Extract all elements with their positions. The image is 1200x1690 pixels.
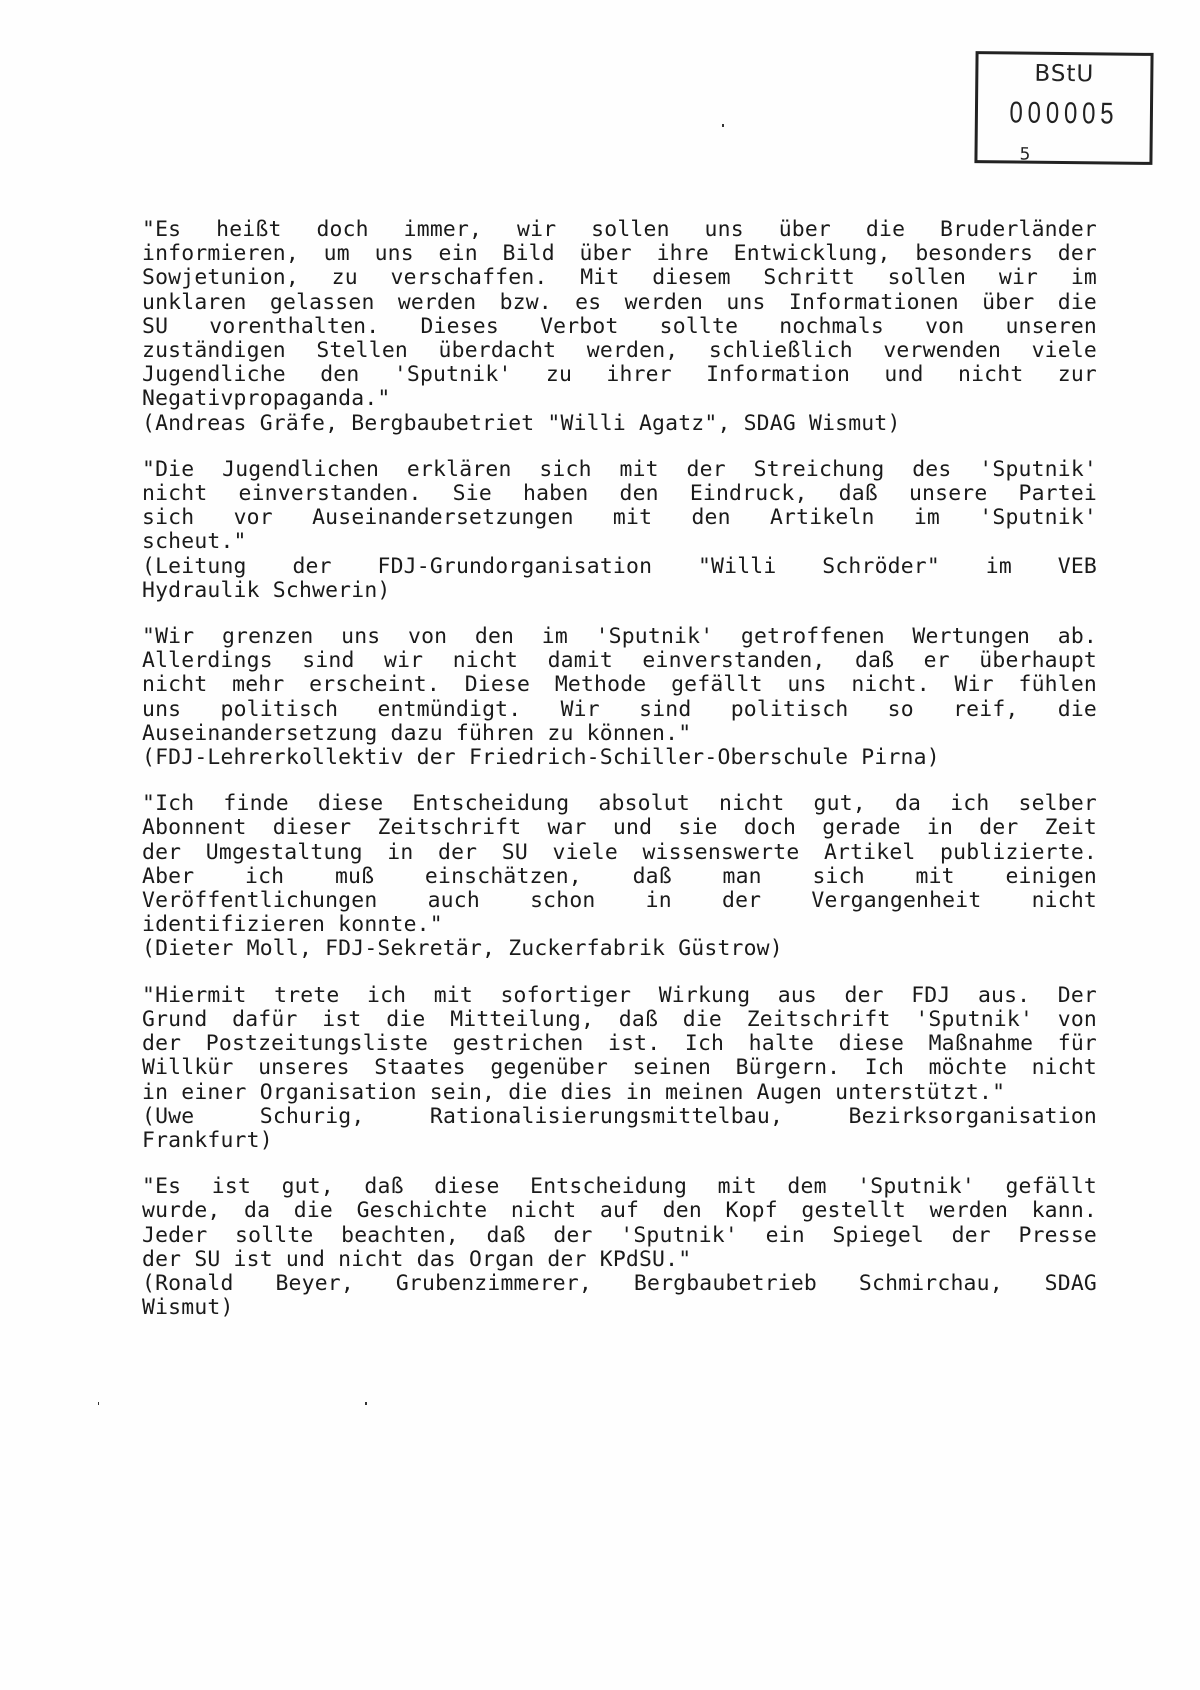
source-line: Frankfurt) (142, 1129, 1097, 1153)
quote-line: unklaren gelassen werden bzw. es werden … (142, 291, 1097, 315)
quote-line: uns politisch entmündigt. Wir sind polit… (142, 698, 1097, 722)
quote-block: "Es ist gut, daß diese Entscheidung mit … (142, 1175, 1097, 1320)
source-line: Wismut) (142, 1296, 1097, 1320)
quote-source: (Leitung der FDJ-Grundorganisation "Will… (142, 555, 1097, 603)
quote-line: scheut." (142, 530, 1097, 554)
quote-source: (Dieter Moll, FDJ-Sekretär, Zuckerfabrik… (142, 937, 1097, 961)
quote-line: in einer Organisation sein, die dies in … (142, 1081, 1097, 1105)
quote-line: "Ich finde diese Entscheidung absolut ni… (142, 792, 1097, 816)
quote-line: Allerdings sind wir nicht damit einverst… (142, 649, 1097, 673)
quote-line: nicht einverstanden. Sie haben den Eindr… (142, 482, 1097, 506)
quote-block: "Es heißt doch immer, wir sollen uns übe… (142, 218, 1097, 436)
quote-line: Jeder sollte beachten, daß der 'Sputnik'… (142, 1224, 1097, 1248)
quote-line: Abonnent dieser Zeitschrift war und sie … (142, 816, 1097, 840)
quote-line: Jugendliche den 'Sputnik' zu ihrer Infor… (142, 363, 1097, 387)
quote-source: (Ronald Beyer, Grubenzimmerer, Bergbaube… (142, 1272, 1097, 1320)
archive-stamp: BStU 000005 5 (974, 51, 1153, 165)
source-line: (Uwe Schurig, Rationalisierungsmittelbau… (142, 1105, 1097, 1129)
quote-text: "Es heißt doch immer, wir sollen uns übe… (142, 218, 1097, 412)
quote-line: wurde, da die Geschichte nicht auf den K… (142, 1199, 1097, 1223)
quote-line: sich vor Auseinandersetzungen mit den Ar… (142, 506, 1097, 530)
quote-line: Grund dafür ist die Mitteilung, daß die … (142, 1008, 1097, 1032)
quote-line: der Postzeitungsliste gestrichen ist. Ic… (142, 1032, 1097, 1056)
stamp-page-number: 5 (1019, 145, 1030, 165)
quote-line: "Wir grenzen uns von den im 'Sputnik' ge… (142, 625, 1097, 649)
quote-source: (Uwe Schurig, Rationalisierungsmittelbau… (142, 1105, 1097, 1153)
quote-text: "Wir grenzen uns von den im 'Sputnik' ge… (142, 625, 1097, 746)
quote-line: der Umgestaltung in der SU viele wissens… (142, 841, 1097, 865)
quote-block: "Die Jugendlichen erklären sich mit der … (142, 458, 1097, 603)
source-line: (Leitung der FDJ-Grundorganisation "Will… (142, 555, 1097, 579)
quote-text: "Hiermit trete ich mit sofortiger Wirkun… (142, 984, 1097, 1105)
quote-line: Negativpropaganda." (142, 387, 1097, 411)
source-line: (Ronald Beyer, Grubenzimmerer, Bergbaube… (142, 1272, 1097, 1296)
quote-line: SU vorenthalten. Dieses Verbot sollte no… (142, 315, 1097, 339)
quote-line: "Es heißt doch immer, wir sollen uns übe… (142, 218, 1097, 242)
quote-line: informieren, um uns ein Bild über ihre E… (142, 242, 1097, 266)
quote-line: zuständigen Stellen überdacht werden, sc… (142, 339, 1097, 363)
quote-line: Sowjetunion, zu verschaffen. Mit diesem … (142, 266, 1097, 290)
scan-speck (365, 1402, 367, 1405)
quote-line: Auseinandersetzung dazu führen zu können… (142, 722, 1097, 746)
quote-text: "Ich finde diese Entscheidung absolut ni… (142, 792, 1097, 937)
document-page: BStU 000005 5 "Es heißt doch immer, wir … (0, 0, 1200, 1690)
source-line: Hydraulik Schwerin) (142, 579, 1097, 603)
quote-line: "Es ist gut, daß diese Entscheidung mit … (142, 1175, 1097, 1199)
quote-block: "Wir grenzen uns von den im 'Sputnik' ge… (142, 625, 1097, 770)
document-body: "Es heißt doch immer, wir sollen uns übe… (142, 218, 1097, 1342)
quote-text: "Die Jugendlichen erklären sich mit der … (142, 458, 1097, 555)
scan-speck (98, 1402, 99, 1405)
quote-block: "Ich finde diese Entscheidung absolut ni… (142, 792, 1097, 961)
quote-line: "Hiermit trete ich mit sofortiger Wirkun… (142, 984, 1097, 1008)
scan-speck (722, 124, 724, 127)
quote-line: "Die Jugendlichen erklären sich mit der … (142, 458, 1097, 482)
source-line: (FDJ-Lehrerkollektiv der Friedrich-Schil… (142, 746, 1097, 770)
quote-text: "Es ist gut, daß diese Entscheidung mit … (142, 1175, 1097, 1272)
quote-line: Veröffentlichungen auch schon in der Ver… (142, 889, 1097, 913)
quote-line: identifizieren konnte." (142, 913, 1097, 937)
stamp-document-number: 000005 (995, 96, 1133, 131)
quote-block: "Hiermit trete ich mit sofortiger Wirkun… (142, 984, 1097, 1153)
quote-source: (FDJ-Lehrerkollektiv der Friedrich-Schil… (142, 746, 1097, 770)
quote-line: nicht mehr erscheint. Diese Methode gefä… (142, 673, 1097, 697)
quote-line: Aber ich muß einschätzen, daß man sich m… (142, 865, 1097, 889)
quote-line: der SU ist und nicht das Organ der KPdSU… (142, 1248, 1097, 1272)
quote-line: Willkür unseres Staates gegenüber seinen… (142, 1056, 1097, 1080)
source-line: (Andreas Gräfe, Bergbaubetriet "Willi Ag… (142, 412, 1097, 436)
quote-source: (Andreas Gräfe, Bergbaubetriet "Willi Ag… (142, 412, 1097, 436)
source-line: (Dieter Moll, FDJ-Sekretär, Zuckerfabrik… (142, 937, 1097, 961)
stamp-organization: BStU (978, 60, 1150, 88)
